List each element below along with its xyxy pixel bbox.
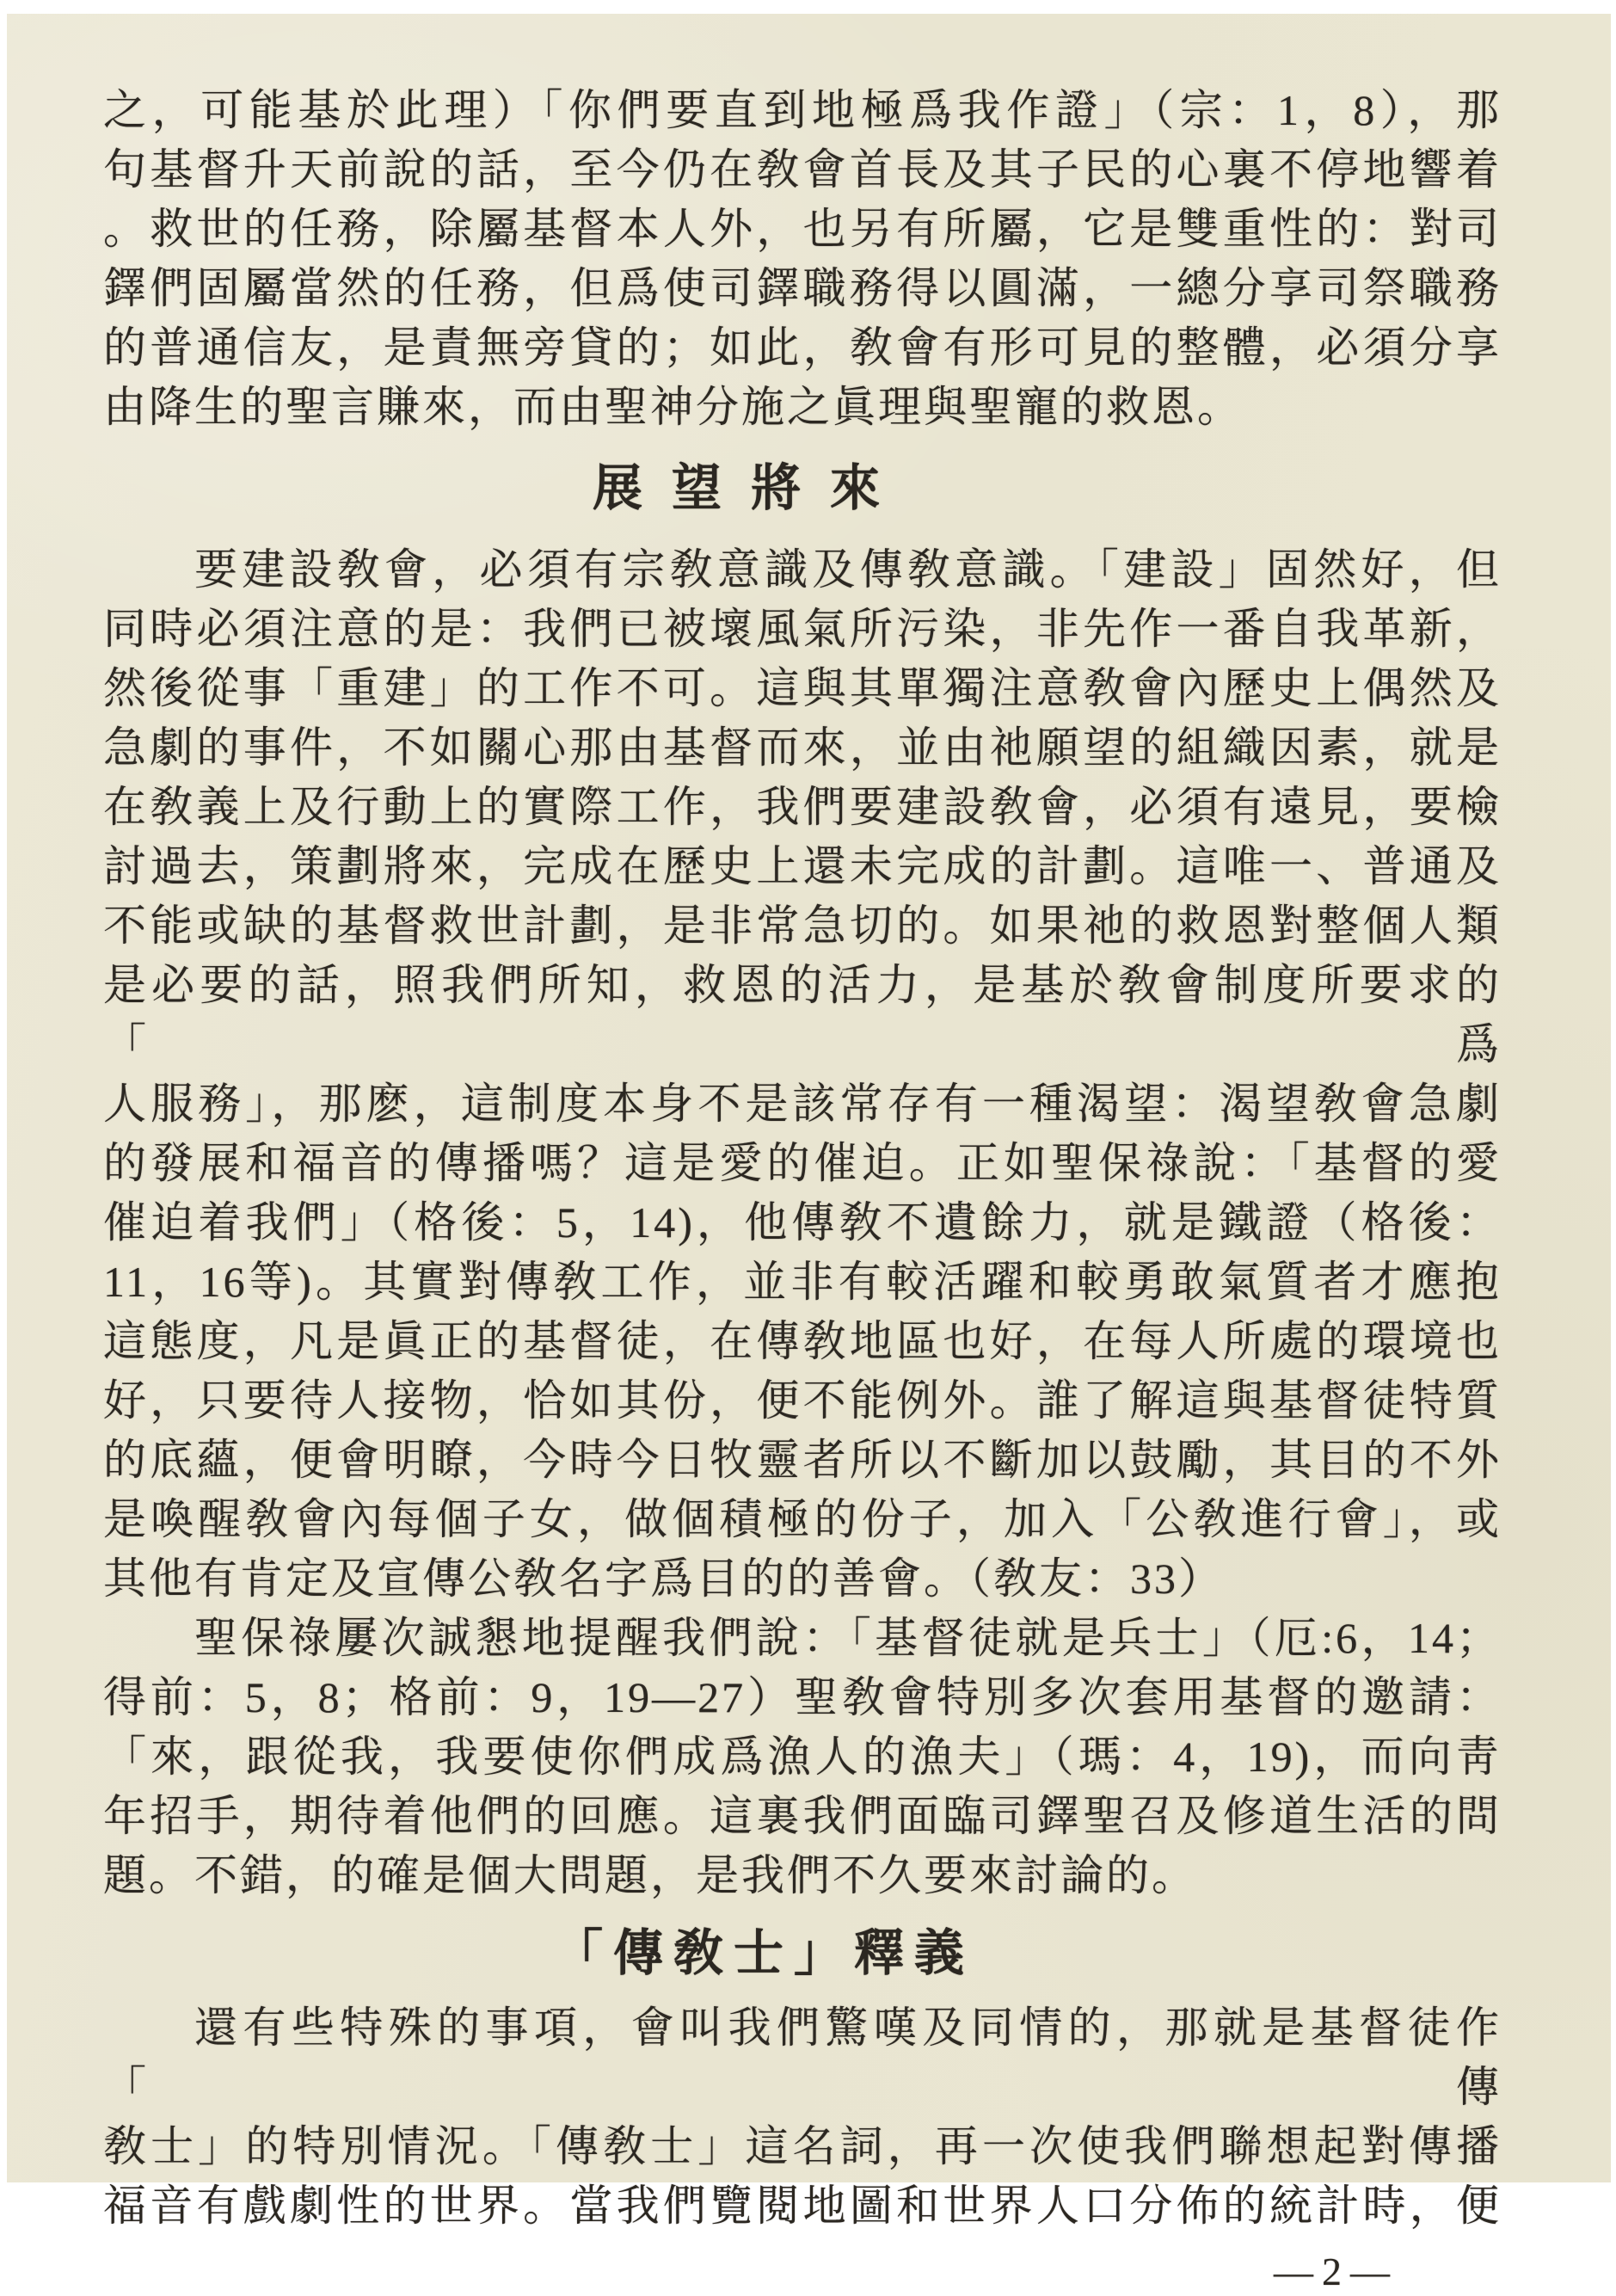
text-line: 之，可能基於此理）「你們要直到地極爲我作證」（宗：1，8），那 — [103, 81, 1502, 140]
text-line: 鐸們固屬當然的任務，但爲使司鐸職務得以圓滿，一總分享司祭職務 — [103, 259, 1502, 318]
text-line: 好，只要待人接物，恰如其份，便不能例外。誰了解這與基督徒特質 — [103, 1371, 1502, 1431]
text-block: 之，可能基於此理）「你們要直到地極爲我作證」（宗：1，8），那 句基督升天前說的… — [103, 81, 1502, 2202]
text-line: 不能或缺的基督救世計劃，是非常急切的。如果祂的救恩對整個人類 — [103, 896, 1502, 956]
text-line: 得前：5，8；格前：9，19—27）聖敎會特別多次套用基督的邀請： — [103, 1668, 1502, 1727]
text-line: 是喚醒敎會內每個子女，做個積極的份子，加入「公敎進行會」，或 — [103, 1490, 1502, 1549]
text-line: 由降生的聖言賺來，而由聖神分施之眞理與聖寵的救恩。 — [103, 378, 1502, 437]
text-line: 年招手，期待着他們的回應。這裏我們面臨司鐸聖召及修道生活的問 — [103, 1787, 1502, 1846]
text-line: 11，16等)。其實對傳敎工作，並非有較活躍和較勇敢氣質者才應抱 — [103, 1253, 1502, 1312]
text-line: 這態度，凡是眞正的基督徒，在傳敎地區也好，在每人所處的環境也 — [103, 1312, 1502, 1371]
text-line: 同時必須注意的是：我們已被壞風氣所污染，非先作一番自我革新， — [103, 600, 1502, 659]
text-line: 還有些特殊的事項，會叫我們驚嘆及同情的，那就是基督徒作「傳 — [103, 1998, 1502, 2117]
text-line: 要建設敎會，必須有宗敎意識及傳敎意識。「建設」固然好，但 — [103, 540, 1502, 600]
text-line: 催迫着我們」（格後：5，14)，他傳敎不遺餘力，就是鐵證（格後： — [103, 1193, 1502, 1253]
text-line: 的底蘊，便會明瞭，今時今日牧靈者所以不斷加以鼓勵，其目的不外 — [103, 1431, 1502, 1490]
text-line: 福音有戲劇性的世界。當我們覽閱地圖和世界人口分佈的統計時，便 — [103, 2176, 1502, 2202]
text-line: 人服務」，那麽，這制度本身不是該常存有一種渴望：渴望敎會急劇 — [103, 1074, 1502, 1134]
text-line: 「來，跟從我，我要使你們成爲漁人的漁夫」（瑪：4，19)，而向靑 — [103, 1727, 1502, 1787]
text-line: 句基督升天前說的話，至今仍在敎會首長及其子民的心裏不停地響着 — [103, 140, 1502, 200]
text-line: 在敎義上及行動上的實際工作，我們要建設敎會，必須有遠見，要檢 — [103, 778, 1502, 837]
text-line: 。救世的任務，除屬基督本人外，也另有所屬，它是雙重性的：對司 — [103, 200, 1502, 259]
text-line: 的發展和福音的傳播嗎？這是愛的催迫。正如聖保祿說：「基督的愛 — [103, 1134, 1502, 1193]
text-line: 急劇的事件，不如關心那由基督而來，並由祂願望的組織因素，就是 — [103, 718, 1502, 778]
text-line: 的普通信友，是責無旁貸的；如此，敎會有形可見的整體，必須分享 — [103, 318, 1502, 378]
text-line: 是必要的話，照我們所知，救恩的活力，是基於敎會制度所要求的「爲 — [103, 956, 1502, 1074]
paragraph-build-church: 要建設敎會，必須有宗敎意識及傳敎意識。「建設」固然好，但 同時必須注意的是：我們… — [103, 540, 1502, 1609]
section-heading-outlook-future: 展望將來 — [103, 458, 1502, 520]
paragraph-st-paul: 聖保祿屢次誠懇地提醒我們說：「基督徒就是兵士」（厄:6，14； 得前：5，8；格… — [103, 1609, 1502, 1905]
text-line: 討過去，策劃將來，完成在歷史上還未完成的計劃。這唯一、普通及 — [103, 837, 1502, 896]
paragraph-continuation: 之，可能基於此理）「你們要直到地極爲我作證」（宗：1，8），那 句基督升天前說的… — [103, 81, 1502, 437]
text-line: 題。不錯，的確是個大問題，是我們不久要來討論的。 — [103, 1846, 1502, 1905]
text-line: 然後從事「重建」的工作不可。這與其單獨注意敎會內歷史上偶然及 — [103, 659, 1502, 718]
scanned-page: 之，可能基於此理）「你們要直到地極爲我作證」（宗：1，8），那 句基督升天前說的… — [7, 14, 1611, 2182]
text-line: 敎士」的特別情況。「傳敎士」這名詞，再一次使我們聯想起對傳播 — [103, 2117, 1502, 2176]
text-line: 其他有肯定及宣傳公敎名字爲目的的善會。（敎友：33） — [103, 1549, 1502, 1609]
text-line: 聖保祿屢次誠懇地提醒我們說：「基督徒就是兵士」（厄:6，14； — [103, 1609, 1502, 1668]
paragraph-missionary: 還有些特殊的事項，會叫我們驚嘆及同情的，那就是基督徒作「傳 敎士」的特別情況。「… — [103, 1998, 1502, 2202]
section-heading-missionary-definition: 「傳敎士」釋義 — [103, 1921, 1502, 1986]
